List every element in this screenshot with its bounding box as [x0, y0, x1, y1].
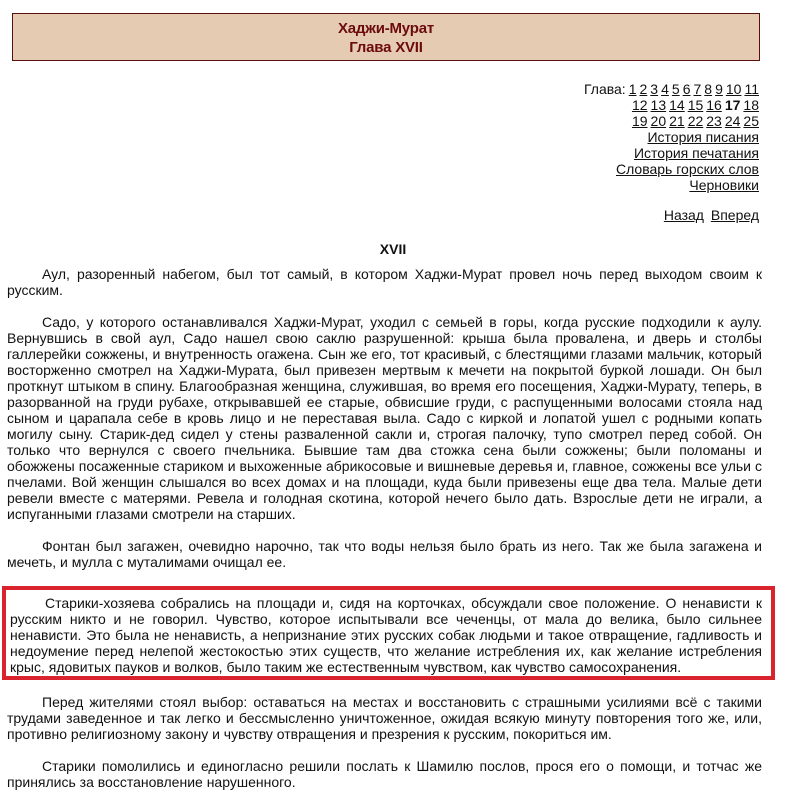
- paragraph: Аул, разоренный набегом, был тот самый, …: [7, 266, 762, 298]
- chapters-row-3: 19202122232425: [584, 113, 759, 129]
- chapter-link-16[interactable]: 16: [706, 97, 722, 113]
- chapter-link-4[interactable]: 4: [661, 81, 669, 97]
- chapter-link-13[interactable]: 13: [651, 97, 667, 113]
- chapter-text: Аул, разоренный набегом, был тот самый, …: [7, 266, 762, 800]
- prev-next-nav: Назад Вперед: [584, 207, 759, 223]
- paragraph: Старики помолились и единогласно решили …: [7, 758, 762, 790]
- chapters-row-2: 12131415161718: [584, 97, 759, 113]
- paragraph: Перед жителями стоял выбор: оставаться н…: [7, 694, 762, 742]
- chapters-row-1: Глава:1234567891011: [584, 81, 759, 97]
- chapter-link-1[interactable]: 1: [629, 81, 637, 97]
- chapter-link-23[interactable]: 23: [706, 113, 722, 129]
- history-printing-link[interactable]: История печатания: [634, 145, 759, 161]
- chapter-link-11[interactable]: 11: [744, 81, 759, 97]
- chapter-link-2[interactable]: 2: [640, 81, 648, 97]
- dictionary-link[interactable]: Словарь горских слов: [616, 161, 759, 177]
- forward-link[interactable]: Вперед: [711, 207, 759, 223]
- chapter-link-22[interactable]: 22: [688, 113, 704, 129]
- chapter-link-10[interactable]: 10: [726, 81, 742, 97]
- paragraph: Фонтан был загажен, очевидно нарочно, та…: [7, 538, 762, 570]
- chapter-link-9[interactable]: 9: [715, 81, 723, 97]
- chapter-link-24[interactable]: 24: [725, 113, 741, 129]
- chapter-link-15[interactable]: 15: [688, 97, 704, 113]
- chapter-link-18[interactable]: 18: [743, 97, 759, 113]
- chapter-link-5[interactable]: 5: [672, 81, 680, 97]
- chapter-link-3[interactable]: 3: [650, 81, 658, 97]
- work-title: Хаджи-Мурат: [13, 19, 759, 38]
- chapter-link-21[interactable]: 21: [669, 113, 685, 129]
- chapter-heading: XVII: [0, 241, 786, 257]
- paragraph: Старики-хозяева собрались на площади и, …: [10, 595, 762, 675]
- history-writing-link[interactable]: История писания: [647, 129, 759, 145]
- drafts-link[interactable]: Черновики: [689, 177, 759, 193]
- chapter-link-14[interactable]: 14: [669, 97, 685, 113]
- chapter-link-19[interactable]: 19: [632, 113, 648, 129]
- paragraph: Садо, у которого останавливался Хаджи-Му…: [7, 314, 762, 522]
- chapter-navigation: Глава:1234567891011 12131415161718 19202…: [584, 81, 759, 223]
- chapter-link-25[interactable]: 25: [743, 113, 759, 129]
- highlighted-passage: Старики-хозяева собрались на площади и, …: [2, 586, 775, 680]
- chapter-title: Глава XVII: [13, 38, 759, 57]
- chapters-label: Глава:: [584, 81, 626, 97]
- back-link[interactable]: Назад: [664, 207, 704, 223]
- chapter-link-20[interactable]: 20: [651, 113, 667, 129]
- chapter-link-7[interactable]: 7: [693, 81, 701, 97]
- chapter-link-17[interactable]: 17: [725, 97, 741, 113]
- chapter-link-6[interactable]: 6: [683, 81, 691, 97]
- chapter-link-12[interactable]: 12: [632, 97, 648, 113]
- chapter-link-8[interactable]: 8: [704, 81, 712, 97]
- page-header: Хаджи-Мурат Глава XVII: [12, 13, 760, 61]
